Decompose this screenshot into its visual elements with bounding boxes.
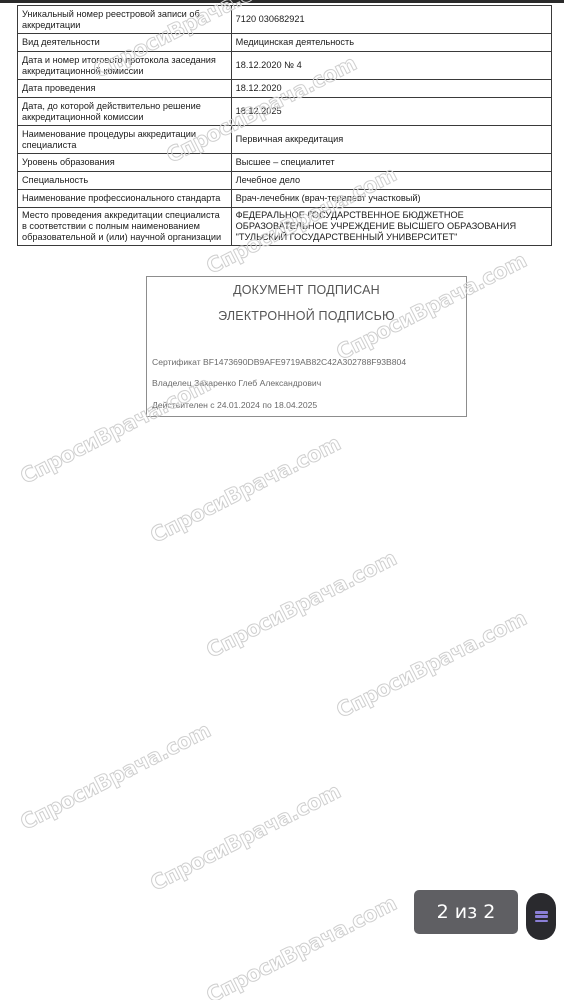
- row-value: 7120 030682921: [231, 6, 551, 34]
- watermark: СпросиВрача.com: [333, 606, 531, 723]
- row-value: Врач-лечебник (врач-терапевт участковый): [231, 190, 551, 208]
- signature-title-line1: ДОКУМЕНТ ПОДПИСАН: [147, 283, 466, 297]
- row-label: Уникальный номер реестровой записи об ак…: [18, 6, 232, 34]
- row-label: Дата и номер итогового протокола заседан…: [18, 52, 232, 80]
- row-value: Медицинская деятельность: [231, 34, 551, 52]
- row-label: Место проведения аккредитации специалист…: [18, 208, 232, 246]
- row-value: Высшее – специалитет: [231, 154, 551, 172]
- table-row: Вид деятельности Медицинская деятельност…: [18, 34, 552, 52]
- row-value: ФЕДЕРАЛЬНОЕ ГОСУДАРСТВЕННОЕ БЮДЖЕТНОЕ ОБ…: [231, 208, 551, 246]
- watermark: СпросиВрача.com: [17, 718, 215, 835]
- row-label: Дата проведения: [18, 80, 232, 98]
- page-indicator: 2 из 2: [414, 890, 518, 934]
- table-row: Уникальный номер реестровой записи об ак…: [18, 6, 552, 34]
- hamburger-menu-icon: [535, 911, 548, 922]
- row-label: Наименование процедуры аккредитации спец…: [18, 126, 232, 154]
- table-row: Дата и номер итогового протокола заседан…: [18, 52, 552, 80]
- menu-button[interactable]: [526, 893, 556, 940]
- viewer-top-edge: [0, 0, 564, 3]
- row-value: 18.12.2020: [231, 80, 551, 98]
- watermark: СпросиВрача.com: [147, 779, 345, 896]
- table-row: Место проведения аккредитации специалист…: [18, 208, 552, 246]
- row-label: Уровень образования: [18, 154, 232, 172]
- signature-validity: Действителен с 24.01.2024 по 18.04.2025: [152, 400, 317, 410]
- signature-certificate: Сертификат BF1473690DB9AFE9719AB82C42A30…: [152, 357, 406, 367]
- electronic-signature-stamp: ДОКУМЕНТ ПОДПИСАН ЭЛЕКТРОННОЙ ПОДПИСЬЮ С…: [146, 276, 467, 417]
- table-row: Уровень образования Высшее – специалитет: [18, 154, 552, 172]
- table-row: Специальность Лечебное дело: [18, 172, 552, 190]
- row-value: Первичная аккредитация: [231, 126, 551, 154]
- row-label: Наименование профессионального стандарта: [18, 190, 232, 208]
- row-value: 18.12.2020 № 4: [231, 52, 551, 80]
- row-value: 18.12.2025: [231, 98, 551, 126]
- table-row: Наименование процедуры аккредитации спец…: [18, 126, 552, 154]
- table-row: Дата проведения 18.12.2020: [18, 80, 552, 98]
- watermark: СпросиВрача.com: [203, 546, 401, 663]
- row-label: Специальность: [18, 172, 232, 190]
- table-row: Дата, до которой действительно решение а…: [18, 98, 552, 126]
- row-label: Вид деятельности: [18, 34, 232, 52]
- accreditation-table: Уникальный номер реестровой записи об ак…: [17, 5, 552, 246]
- watermark: СпросиВрача.com: [147, 431, 345, 548]
- signature-owner: Владелец Захаренко Глеб Александрович: [152, 378, 321, 388]
- table-row: Наименование профессионального стандарта…: [18, 190, 552, 208]
- row-value: Лечебное дело: [231, 172, 551, 190]
- row-label: Дата, до которой действительно решение а…: [18, 98, 232, 126]
- signature-title-line2: ЭЛЕКТРОННОЙ ПОДПИСЬЮ: [147, 309, 466, 323]
- watermark: СпросиВрача.com: [203, 891, 401, 1000]
